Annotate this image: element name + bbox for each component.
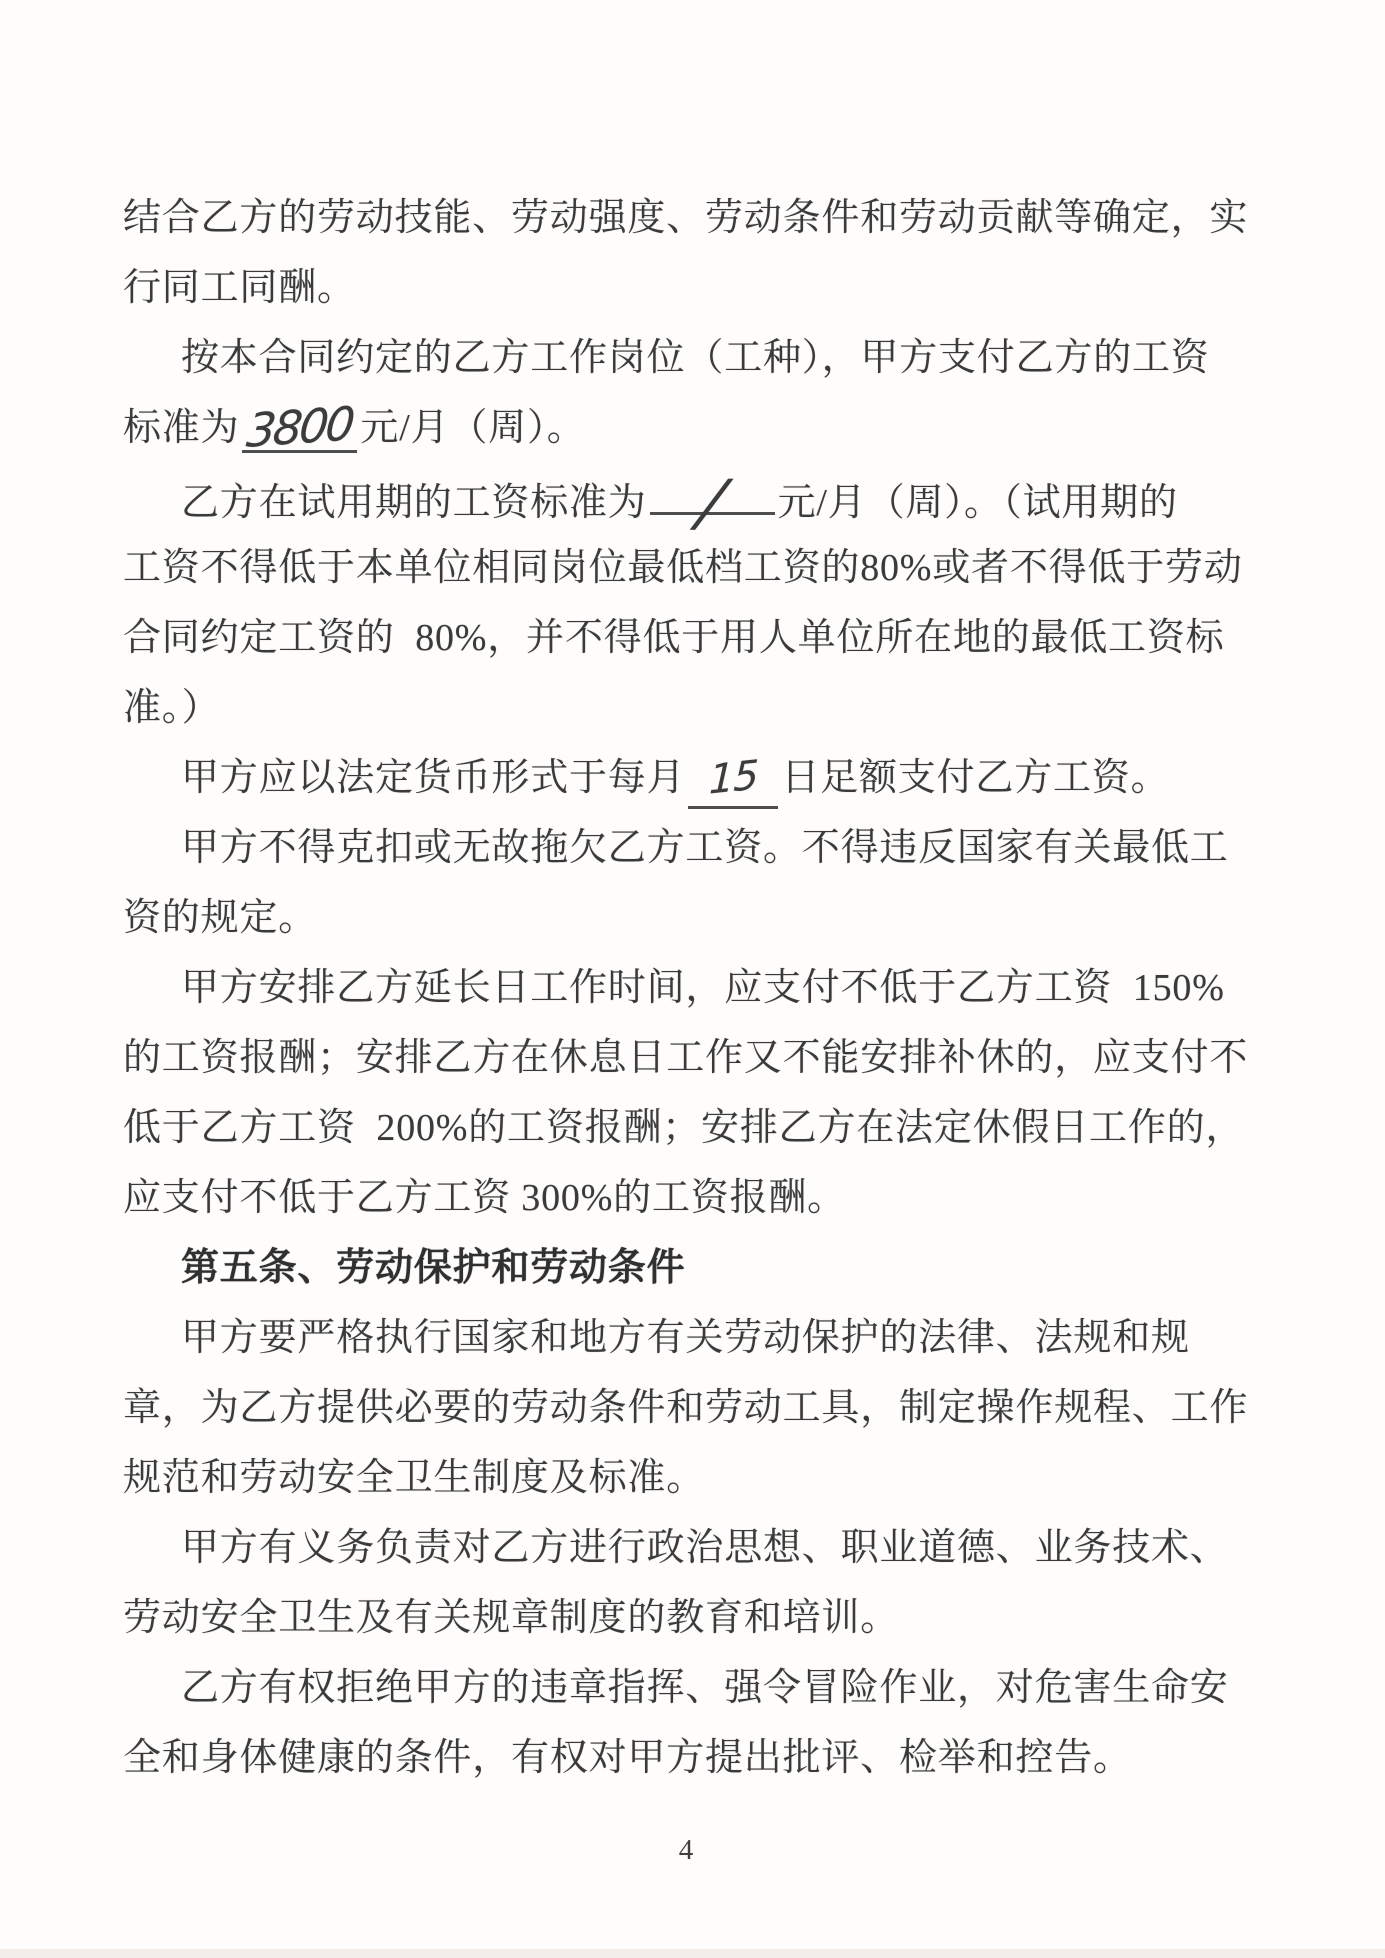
text-run: 应支付不低于乙方工资 300%的工资报酬。: [123, 1177, 846, 1219]
text-line: 应支付不低于乙方工资 300%的工资报酬。: [123, 1163, 1253, 1233]
text-line: 甲方有义务负责对乙方进行政治思想、职业道德、业务技术、: [123, 1513, 1253, 1583]
handwritten-slash: /: [694, 472, 731, 534]
text-line: 标准为3800元/月（周）。: [123, 393, 1253, 463]
text-run: 元/月（周）。: [360, 407, 585, 449]
text-run: 标准为: [123, 407, 239, 449]
text-line: 乙方在试用期的工资标准为/元/月（周）。（试用期的: [123, 463, 1253, 533]
text-line: 合同约定工资的 80%，并不得低于用人单位所在地的最低工资标: [123, 603, 1253, 673]
text-run: 低于乙方工资 200%的工资报酬；安排乙方在法定休假日工作的，: [123, 1107, 1244, 1149]
text-run: 资的规定。: [123, 897, 317, 939]
text-line: 规范和劳动安全卫生制度及标准。: [123, 1443, 1253, 1513]
text-run: 甲方有义务负责对乙方进行政治思想、职业道德、业务技术、: [181, 1527, 1229, 1569]
text-run: 元/月（周）。（试用期的: [778, 482, 1178, 524]
text-line: 甲方不得克扣或无故拖欠乙方工资。不得违反国家有关最低工: [123, 813, 1253, 883]
fill-in-blank-slash: /: [650, 470, 775, 515]
text-line: 结合乙方的劳动技能、劳动强度、劳动条件和劳动贡献等确定，实: [123, 183, 1253, 253]
document-body: 结合乙方的劳动技能、劳动强度、劳动条件和劳动贡献等确定，实行同工同酬。按本合同约…: [123, 183, 1253, 1793]
text-line: 准。）: [123, 673, 1253, 743]
text-line: 甲方安排乙方延长日工作时间，应支付不低于乙方工资 150%: [123, 953, 1253, 1023]
fill-in-blank-salary: 3800: [242, 408, 357, 453]
scan-bottom-edge: [0, 1949, 1385, 1958]
text-run: 的工资报酬；安排乙方在休息日工作又不能安排补休的，应支付不: [123, 1037, 1248, 1079]
section-heading: 第五条、劳动保护和劳动条件: [123, 1233, 1253, 1303]
text-line: 甲方应以法定货币形式于每月15日足额支付乙方工资。: [123, 743, 1253, 813]
text-run: 甲方安排乙方延长日工作时间，应支付不低于乙方工资 150%: [181, 967, 1225, 1009]
text-line: 甲方要严格执行国家和地方有关劳动保护的法律、法规和规: [123, 1303, 1253, 1373]
text-run: 乙方有权拒绝甲方的违章指挥、强令冒险作业，对危害生命安: [181, 1667, 1229, 1709]
text-run: 行同工同酬。: [123, 267, 356, 309]
text-line: 章，为乙方提供必要的劳动条件和劳动工具，制定操作规程、工作: [123, 1373, 1253, 1443]
text-run: 工资不得低于本单位相同岗位最低档工资的80%或者不得低于劳动: [123, 547, 1243, 589]
text-run: 合同约定工资的 80%，并不得低于用人单位所在地的最低工资标: [123, 617, 1224, 659]
text-line: 劳动安全卫生及有关规章制度的教育和培训。: [123, 1583, 1253, 1653]
text-run: 劳动安全卫生及有关规章制度的教育和培训。: [123, 1597, 899, 1639]
text-run: 第五条、劳动保护和劳动条件: [181, 1247, 685, 1289]
text-run: 按本合同约定的乙方工作岗位（工种），甲方支付乙方的工资: [181, 337, 1210, 379]
handwritten-salary: 3800: [245, 400, 355, 454]
text-run: 乙方在试用期的工资标准为: [181, 482, 647, 524]
page-number: 4: [0, 1834, 1372, 1867]
text-run: 全和身体健康的条件，有权对甲方提出批评、检举和控告。: [123, 1737, 1132, 1779]
text-run: 甲方应以法定货币形式于每月: [181, 757, 685, 799]
text-line: 全和身体健康的条件，有权对甲方提出批评、检举和控告。: [123, 1723, 1253, 1793]
handwritten-payday: 15: [708, 755, 758, 800]
text-line: 低于乙方工资 200%的工资报酬；安排乙方在法定休假日工作的，: [123, 1093, 1253, 1163]
text-run: 规范和劳动安全卫生制度及标准。: [123, 1457, 705, 1499]
text-line: 资的规定。: [123, 883, 1253, 953]
text-line: 按本合同约定的乙方工作岗位（工种），甲方支付乙方的工资: [123, 323, 1253, 393]
contract-scan-page: 结合乙方的劳动技能、劳动强度、劳动条件和劳动贡献等确定，实行同工同酬。按本合同约…: [0, 0, 1385, 1958]
text-line: 工资不得低于本单位相同岗位最低档工资的80%或者不得低于劳动: [123, 533, 1253, 603]
text-run: 甲方不得克扣或无故拖欠乙方工资。不得违反国家有关最低工: [181, 827, 1229, 869]
text-line: 的工资报酬；安排乙方在休息日工作又不能安排补休的，应支付不: [123, 1023, 1253, 1093]
text-run: 章，为乙方提供必要的劳动条件和劳动工具，制定操作规程、工作: [123, 1387, 1248, 1429]
text-run: 甲方要严格执行国家和地方有关劳动保护的法律、法规和规: [181, 1317, 1190, 1359]
text-run: 结合乙方的劳动技能、劳动强度、劳动条件和劳动贡献等确定，实: [123, 197, 1248, 239]
text-line: 乙方有权拒绝甲方的违章指挥、强令冒险作业，对危害生命安: [123, 1653, 1253, 1723]
text-line: 行同工同酬。: [123, 253, 1253, 323]
fill-in-blank-payday: 15: [688, 764, 778, 809]
text-run: 日足额支付乙方工资。: [781, 757, 1169, 799]
text-run: 准。）: [123, 687, 220, 729]
